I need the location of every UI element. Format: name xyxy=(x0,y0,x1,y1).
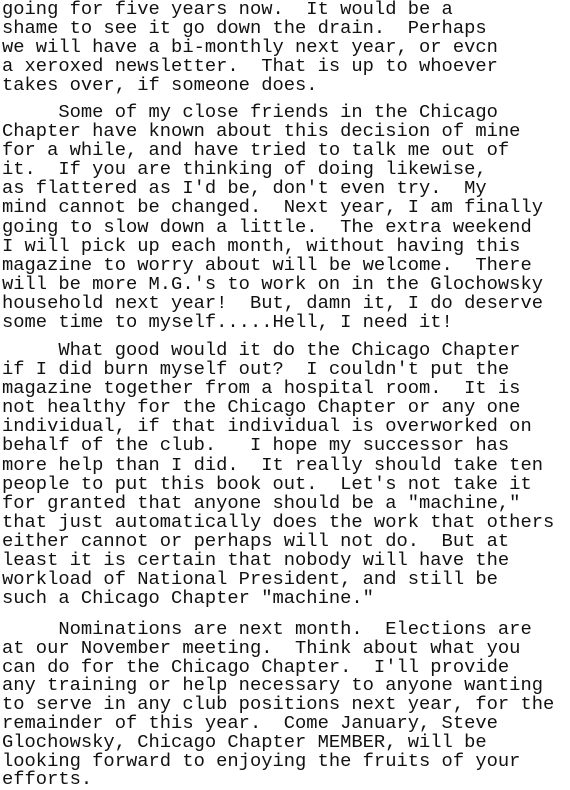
text-line: remainder of this year. Come January, St… xyxy=(2,714,554,733)
text-line: magazine to worry about will be welcome.… xyxy=(2,256,543,275)
text-line: takes over, if someone does. xyxy=(2,76,498,95)
text-line: behalf of the club. I hope my successor … xyxy=(2,436,554,455)
paragraph-newsletter-future: going for five years now. It would be a … xyxy=(2,0,498,95)
paragraph-close-friends: Some of my close friends in the Chicago … xyxy=(2,103,543,332)
text-line: people to put this book out. Let's not t… xyxy=(2,475,554,494)
text-line: Glochowsky, Chicago Chapter MEMBER, will… xyxy=(2,733,554,752)
text-line: efforts. xyxy=(2,770,554,789)
paragraph-burnout: What good would it do the Chicago Chapte… xyxy=(2,341,554,608)
text-line: for granted that anyone should be a "mac… xyxy=(2,494,554,513)
text-line: such a Chicago Chapter "machine." xyxy=(2,589,554,608)
text-line: some time to myself.....Hell, I need it! xyxy=(2,313,543,332)
text-line: I will pick up each month, without havin… xyxy=(2,237,543,256)
paragraph-nominations: Nominations are next month. Elections ar… xyxy=(2,620,554,789)
typewritten-page: going for five years now. It would be a … xyxy=(0,0,570,790)
text-line: going to slow down a little. The extra w… xyxy=(2,218,543,237)
text-line: Nominations are next month. Elections ar… xyxy=(2,620,554,639)
text-line: more help than I did. It really should t… xyxy=(2,456,554,475)
text-line: at our November meeting. Think about wha… xyxy=(2,639,554,658)
text-line: mind cannot be changed. Next year, I am … xyxy=(2,198,543,217)
